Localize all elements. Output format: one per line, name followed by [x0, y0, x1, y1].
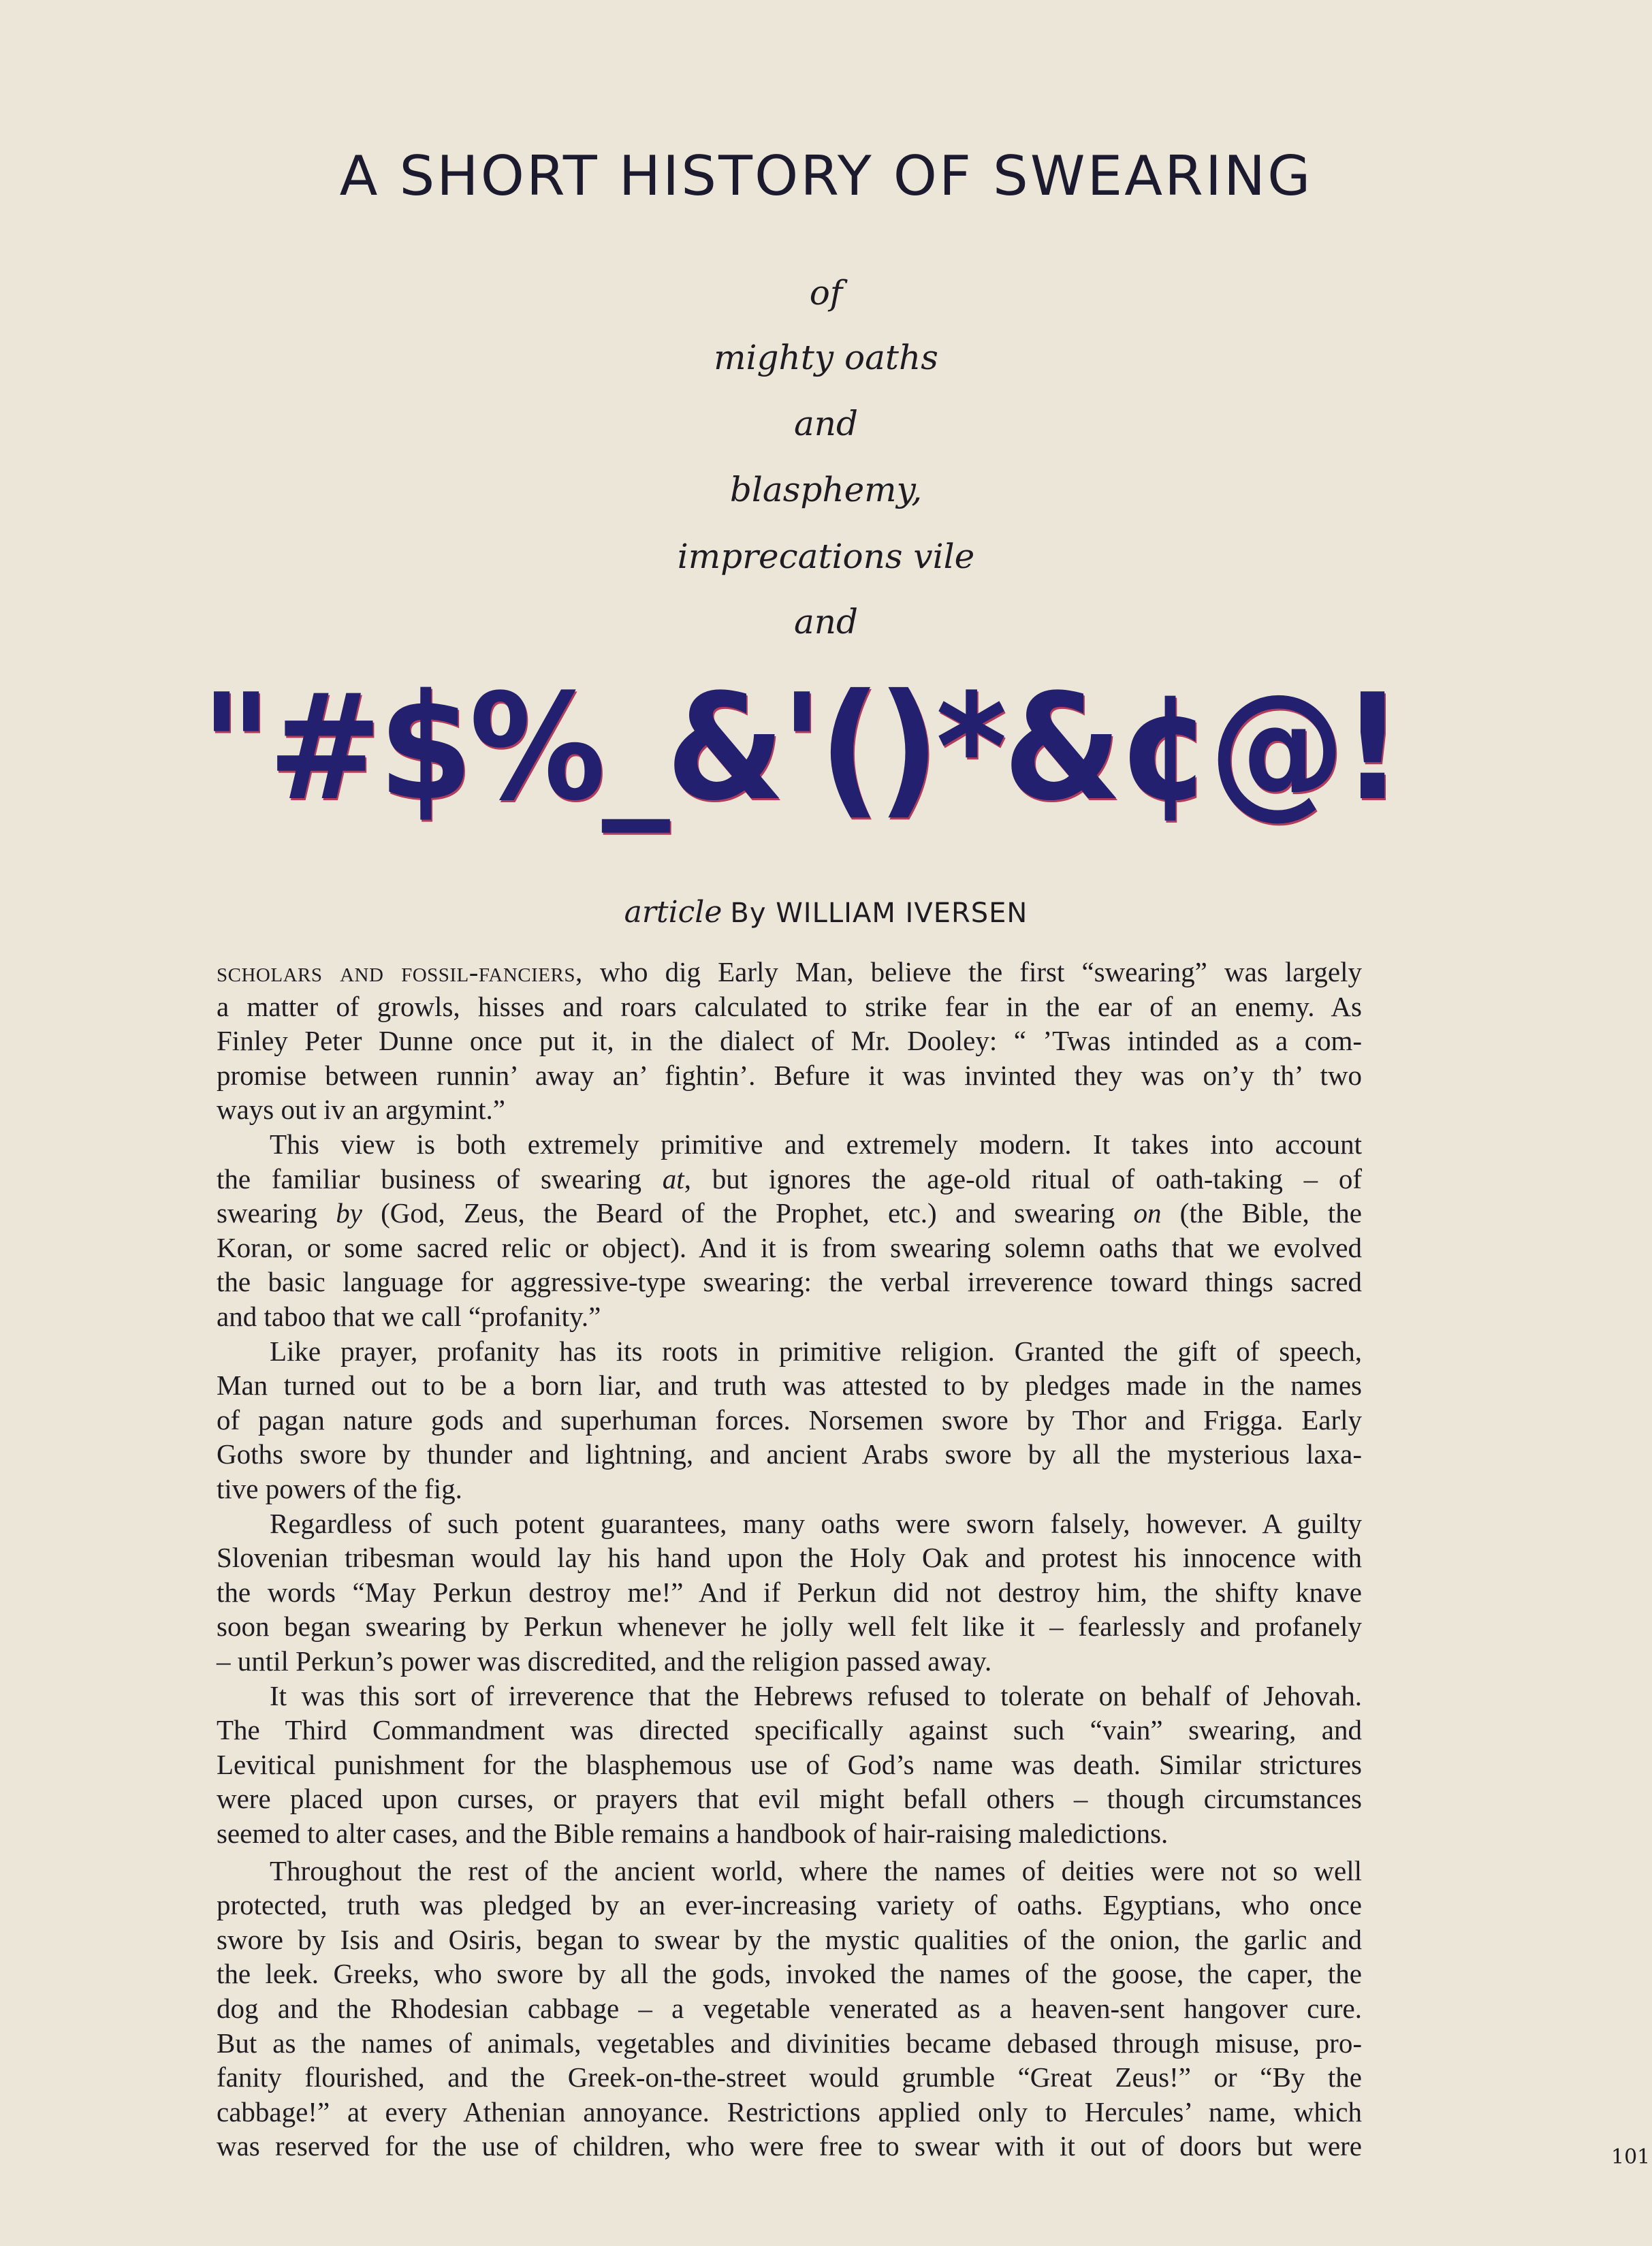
body-line: scholars and fossil-fanciers, who dig Ea… — [217, 955, 1362, 989]
subtitle-line: and — [0, 605, 1652, 639]
body-line: Like prayer, profanity has its roots in … — [270, 1334, 1362, 1368]
body-line: ways out iv an argymint.” — [217, 1092, 1362, 1126]
byline-prefix: article — [624, 895, 722, 930]
body-line: protected, truth was pledged by an ever-… — [217, 1888, 1362, 1922]
body-line: cabbage!” at every Athenian annoyance. R… — [217, 2095, 1362, 2129]
body-line: – until Perkun’s power was discredited, … — [217, 1644, 1362, 1678]
body-line: Man turned out to be a born liar, and tr… — [217, 1368, 1362, 1402]
body-line: a matter of growls, hisses and roars cal… — [217, 990, 1362, 1024]
body-line: of pagan nature gods and superhuman forc… — [217, 1403, 1362, 1437]
body-line: the words “May Perkun destroy me!” And i… — [217, 1575, 1362, 1609]
body-line: fanity flourished, and the Greek-on-the-… — [217, 2060, 1362, 2094]
body-line: the leek. Greeks, who swore by all the g… — [217, 1957, 1362, 1991]
body-line: This view is both extremely primitive an… — [270, 1127, 1362, 1161]
body-line: seemed to alter cases, and the Bible rem… — [217, 1816, 1362, 1850]
profanity-symbols: "#$%_&'()*&¢@! — [201, 674, 1316, 879]
lead-in-small-caps: scholars and fossil-fanciers, — [217, 956, 583, 987]
body-line: and taboo that we call “profanity.” — [217, 1299, 1362, 1333]
body-line: It was this sort of irreverence that the… — [270, 1679, 1362, 1713]
body-line: But as the names of animals, vegetables … — [217, 2026, 1362, 2060]
page-number: 101 — [1611, 2145, 1650, 2169]
body-line: soon began swearing by Perkun whenever h… — [217, 1609, 1362, 1643]
body-line: the familiar business of swearing at, bu… — [217, 1162, 1362, 1196]
magazine-page: A SHORT HISTORY OF SWEARING of mighty oa… — [0, 0, 1652, 2246]
body-line: was reserved for the use of children, wh… — [217, 2129, 1362, 2163]
subtitle-line: of — [0, 276, 1652, 310]
byline-author: By WILLIAM IVERSEN — [730, 898, 1028, 929]
body-line: swore by Isis and Osiris, began to swear… — [217, 1923, 1362, 1957]
body-line: swearing by (God, Zeus, the Beard of the… — [217, 1196, 1362, 1230]
subtitle-line: blasphemy, — [0, 473, 1652, 507]
body-line: promise between runnin’ away an’ fightin… — [217, 1058, 1362, 1092]
body-line: tive powers of the fig. — [217, 1472, 1362, 1506]
article-title: A SHORT HISTORY OF SWEARING — [0, 144, 1652, 208]
body-line: Finley Peter Dunne once put it, in the d… — [217, 1024, 1362, 1058]
body-line: Slovenian tribesman would lay his hand u… — [217, 1540, 1362, 1575]
body-line: were placed upon curses, or prayers that… — [217, 1782, 1362, 1816]
body-line: Regardless of such potent guarantees, ma… — [270, 1506, 1362, 1540]
body-line: Levitical punishment for the blasphemous… — [217, 1747, 1362, 1782]
body-line: The Third Commandment was directed speci… — [217, 1713, 1362, 1747]
subtitle-line: imprecations vile — [0, 539, 1652, 573]
body-line: Throughout the rest of the ancient world… — [270, 1854, 1362, 1888]
body-line: Goths swore by thunder and lightning, an… — [217, 1437, 1362, 1471]
subtitle-line: and — [0, 407, 1652, 441]
byline: articleBy WILLIAM IVERSEN — [0, 898, 1652, 928]
subtitle-line: mighty oaths — [0, 341, 1652, 375]
body-line: dog and the Rhodesian cabbage – a vegeta… — [217, 1991, 1362, 2025]
body-line: Koran, or some sacred relic or object). … — [217, 1231, 1362, 1265]
body-line: the basic language for aggressive-type s… — [217, 1265, 1362, 1299]
